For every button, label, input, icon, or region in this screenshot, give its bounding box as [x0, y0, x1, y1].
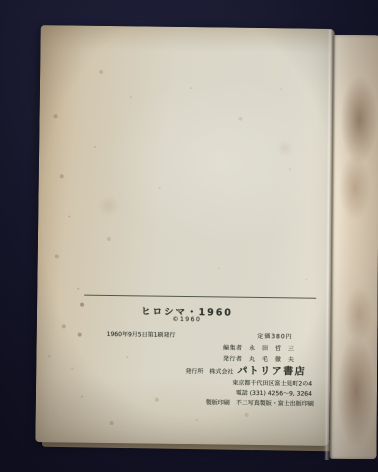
price: 定価380円: [257, 331, 293, 340]
facing-page-fore-edge: [330, 35, 378, 459]
edition-date: 1960年9月5日第1刷発行: [107, 329, 176, 339]
foxing-spots: [41, 25, 43, 27]
publisher-phone: 電話 (331) 4256〜9, 3264: [236, 388, 312, 398]
publisher-imprint-label: 発行所 株式会社: [185, 366, 233, 376]
copyright-notice: ©1960: [107, 315, 267, 324]
colophon-divider: [84, 295, 316, 299]
publisher-imprint-name: パトリア書店: [237, 362, 306, 378]
book-photo: ヒロシマ・1960 ©1960 1960年9月5日第1刷発行 定価380円 編集…: [0, 0, 378, 472]
editor-credit: 編集者 永 田 哲 三: [223, 343, 295, 353]
colophon-page: ヒロシマ・1960 ©1960 1960年9月5日第1刷発行 定価380円 編集…: [35, 25, 334, 446]
publisher-address: 東京都千代田区富士見町2の4: [232, 378, 312, 388]
publisher-imprint: 発行所 株式会社 パトリア書店: [185, 361, 306, 378]
printer-credit: 製版印刷 不二写真製版・富士出版印刷: [206, 397, 314, 407]
